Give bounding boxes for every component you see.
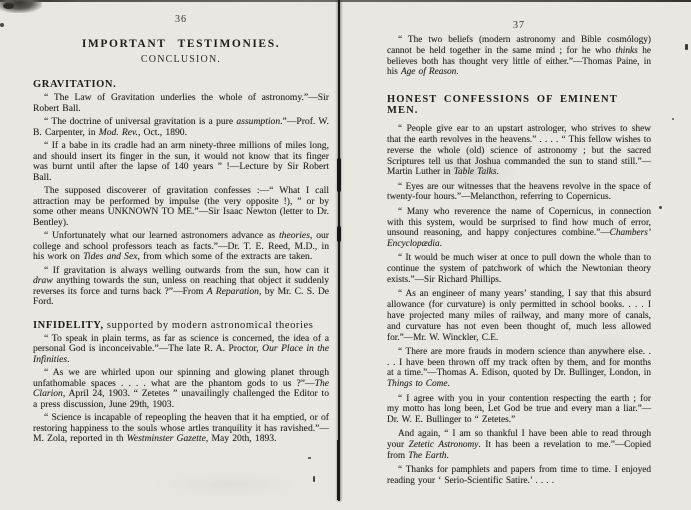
paragraph: And again, “ I am so thankful I have bee… [387,429,651,461]
paper-stain [150,470,310,500]
page-title: IMPORTANT TESTIMONIES. [33,38,329,50]
book-gutter-line [338,0,340,501]
scan-speck [313,476,315,482]
paragraph: “ The Law of Gravitation underlies the w… [33,93,329,114]
paragraph: “ The doctrine of universal gravitation … [33,117,329,138]
paragraph: “ Unfortunately what our learned astrono… [33,231,329,263]
section-heading: HONEST CONFESSIONS OF EMINENT MEN. [387,94,651,116]
paragraph: “ Eyes are our witnesses that the heaven… [387,182,651,204]
section-heading: GRAVITATION. [33,79,329,90]
book-gutter-ink [337,440,340,500]
paragraph: “ Many who reverence the name of Coperni… [387,207,651,250]
page-number: 36 [33,14,329,25]
paragraph: “ If a babe in its cradle had an arm nin… [33,141,329,183]
scan-speck [685,44,688,50]
paragraph: “ As we are whirled upon our spinning an… [33,368,329,410]
page-number: 37 [387,20,651,31]
paragraph: “ People give ear to an upstart astrolog… [387,124,651,178]
scan-speck [308,457,311,459]
book-gutter-ink [337,226,341,242]
paragraph: “ I agree with you in your contention re… [387,394,651,426]
paragraph: “ The two beliefs (modern astronomy and … [387,35,651,78]
page-subtitle: CONCLUSION. [33,54,329,65]
scan-speck [672,118,674,120]
scan-speck [0,23,4,27]
paragraph: “ Science is incapable of repeopling the… [33,413,329,445]
paragraph: “ To speak in plain terms, as far as sci… [33,334,329,366]
scan-corner-dot [3,3,14,9]
left-page-blocks: IMPORTANT TESTIMONIES.CONCLUSION.GRAVITA… [33,38,329,445]
scan-top-edge [0,0,691,2]
paragraph: “ There are more frauds in modern scienc… [387,347,651,390]
section-heading: INFIDELITY, supported by modern astronom… [33,320,329,331]
right-page: 37 “ The two beliefs (modern astronomy a… [387,20,651,487]
paragraph: “ As an engineer of many years’ standing… [387,289,651,343]
scan-speck [659,206,662,209]
paragraph: “ If gravitation is always welling outwa… [33,266,329,308]
scan-corner-smudge [0,0,42,13]
paragraph: “ Thanks for pamphlets and papers from t… [387,465,651,487]
left-page: 36 IMPORTANT TESTIMONIES.CONCLUSION.GRAV… [33,14,329,445]
paragraph: The supposed discoverer of gravitation c… [33,186,329,228]
paragraph: “ It would be much wiser at once to pull… [387,253,651,285]
book-gutter-ink [337,158,341,192]
right-page-blocks: “ The two beliefs (modern astronomy and … [387,35,651,487]
